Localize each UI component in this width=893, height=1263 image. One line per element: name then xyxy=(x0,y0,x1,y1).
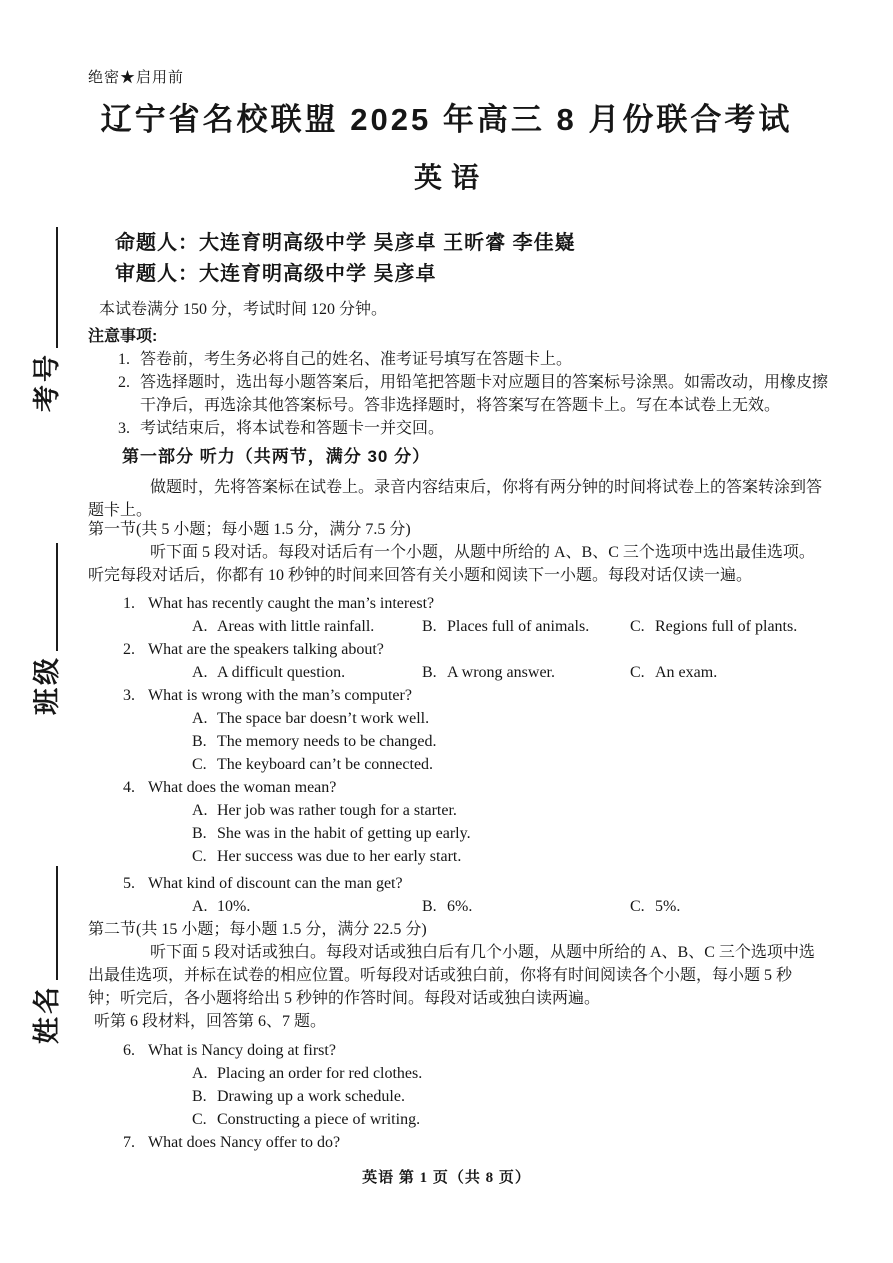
page-footer: 英语 第 1 页（共 8 页） xyxy=(0,1166,893,1187)
question-number: 3. xyxy=(123,684,135,707)
question-text: What has recently caught the man’s inter… xyxy=(148,595,434,612)
section2-instructions: 听下面 5 段对话或独白。每段对话或独白后有几个小题，从题中所给的 A、B、C … xyxy=(88,941,856,1010)
question: 2.What are the speakers talking about?A.… xyxy=(88,638,856,684)
option-label: B. xyxy=(422,615,447,638)
option-text: She was in the habit of getting up early… xyxy=(217,825,471,842)
question-number: 7. xyxy=(123,1131,135,1154)
exam-number-blank-line xyxy=(56,227,58,348)
question-number: 6. xyxy=(123,1039,135,1062)
option-label: A. xyxy=(192,615,217,638)
option-label: B. xyxy=(422,661,447,684)
notice-list: 1.答卷前，考生务必将自己的姓名、准考证号填写在答题卡上。2.答选择题时，选出每… xyxy=(88,348,856,440)
section1-instructions: 听下面 5 段对话。每段对话后有一个小题，从题中所给的 A、B、C 三个选项中选… xyxy=(88,541,856,587)
question-text: What is wrong with the man’s computer? xyxy=(148,687,412,704)
section1-question-list: 1.What has recently caught the man’s int… xyxy=(88,592,856,918)
question: 7.What does Nancy offer to do? xyxy=(88,1131,856,1154)
part1-intro-line: 做题时，先将答案标在试卷上。录音内容结束后，你将有两分钟的时间将试卷上的答案转涂… xyxy=(88,476,856,499)
option: B.The memory needs to be changed. xyxy=(148,730,856,753)
option-text: Her job was rather tough for a starter. xyxy=(217,802,457,819)
question: 3.What is wrong with the man’s computer?… xyxy=(88,684,856,776)
option: C.The keyboard can’t be connected. xyxy=(148,753,856,776)
question-text: What does Nancy offer to do? xyxy=(148,1134,340,1151)
option-label: C. xyxy=(192,753,217,776)
option: B.A wrong answer. xyxy=(422,661,555,684)
question: 5.What kind of discount can the man get?… xyxy=(88,872,856,918)
question: 4.What does the woman mean?A.Her job was… xyxy=(88,776,856,868)
option-text: Areas with little rainfall. xyxy=(217,618,374,635)
part1-heading: 第一部分 听力（共两节，满分 30 分） xyxy=(88,445,856,469)
name-blank-line xyxy=(56,866,58,980)
option-label: C. xyxy=(192,845,217,868)
option: B.Drawing up a work schedule. xyxy=(148,1085,856,1108)
option: A.Placing an order for red clothes. xyxy=(148,1062,856,1085)
option-text: Drawing up a work schedule. xyxy=(217,1088,405,1105)
question: 6.What is Nancy doing at first?A.Placing… xyxy=(88,1039,856,1131)
option-text: Places full of animals. xyxy=(447,618,589,635)
paper-body: 本试卷满分 150 分，考试时间 120 分钟。 注意事项: 1.答卷前，考生务… xyxy=(88,298,856,1154)
exam-number-label: 考号 xyxy=(33,352,61,412)
exam-paper-page: 考号 班级 姓名 绝密★启用前 辽宁省名校联盟 2025 年高三 8 月份联合考… xyxy=(0,0,893,1263)
name-label: 姓名 xyxy=(33,984,61,1044)
notice-item: 2.答选择题时，选出每小题答案后，用铅笔把答题卡对应题目的答案标号涂黑。如需改动… xyxy=(88,371,856,417)
notice-item-line: 考试结束后，将本试卷和答题卡一并交回。 xyxy=(140,417,856,440)
section2-instructions-line: 出最佳选项，并标在试卷的相应位置。听每段对话或独白前，你将有时间阅读各个小题，每… xyxy=(88,964,856,987)
option-text: 6%. xyxy=(447,898,472,915)
notice-item: 3.考试结束后，将本试卷和答题卡一并交回。 xyxy=(88,417,856,440)
option-text: 5%. xyxy=(655,898,680,915)
section1-instructions-line: 听完每段对话后，你都有 10 秒钟的时间来回答有关小题和阅读下一小题。每段对话仅… xyxy=(88,564,856,587)
notice-item-number: 2. xyxy=(118,371,130,394)
section1-heading: 第一节(共 5 小题；每小题 1.5 分，满分 7.5 分) xyxy=(88,518,856,541)
option: B.6%. xyxy=(422,895,472,918)
option-label: C. xyxy=(630,615,655,638)
option: C.5%. xyxy=(630,895,680,918)
class-blank-line xyxy=(56,543,58,651)
section1-instructions-line: 听下面 5 段对话。每段对话后有一个小题，从题中所给的 A、B、C 三个选项中选… xyxy=(88,541,856,564)
option-text: The memory needs to be changed. xyxy=(217,733,436,750)
notice-item-line: 答选择题时，选出每小题答案后，用铅笔把答题卡对应题目的答案标号涂黑。如需改动，用… xyxy=(140,371,856,394)
option: C.Constructing a piece of writing. xyxy=(148,1108,856,1131)
option-row: A.A difficult question.B.A wrong answer.… xyxy=(148,661,856,684)
question-text: What is Nancy doing at first? xyxy=(148,1042,336,1059)
option-text: Placing an order for red clothes. xyxy=(217,1065,422,1082)
question-text: What kind of discount can the man get? xyxy=(148,875,403,892)
question: 1.What has recently caught the man’s int… xyxy=(88,592,856,638)
notice-item-number: 1. xyxy=(118,348,130,371)
material-note: 听第 6 段材料，回答第 6、7 题。 xyxy=(88,1010,856,1033)
question-number: 1. xyxy=(123,592,135,615)
option: B.Places full of animals. xyxy=(422,615,589,638)
question-number: 5. xyxy=(123,872,135,895)
option-label: B. xyxy=(192,822,217,845)
option-row: A.10%.B.6%.C.5%. xyxy=(148,895,856,918)
option-label: A. xyxy=(192,707,217,730)
option-label: C. xyxy=(192,1108,217,1131)
option-label: A. xyxy=(192,799,217,822)
subject-title: 英语 xyxy=(0,156,893,196)
option: C.Regions full of plants. xyxy=(630,615,797,638)
option-text: Regions full of plants. xyxy=(655,618,797,635)
reviewer-line: 审题人：大连育明高级中学 吴彦卓 xyxy=(115,257,437,286)
option-text: Constructing a piece of writing. xyxy=(217,1111,420,1128)
margin-field-name: 姓名 xyxy=(31,857,61,1044)
option-label: A. xyxy=(192,895,217,918)
class-label: 班级 xyxy=(33,655,61,715)
option-label: C. xyxy=(630,895,655,918)
option-label: A. xyxy=(192,1062,217,1085)
option-label: A. xyxy=(192,661,217,684)
option: C.An exam. xyxy=(630,661,717,684)
exam-title: 辽宁省名校联盟 2025 年高三 8 月份联合考试 xyxy=(0,94,893,139)
question-text: What does the woman mean? xyxy=(148,779,336,796)
section2-heading: 第二节(共 15 小题；每小题 1.5 分，满分 22.5 分) xyxy=(88,918,856,941)
option-text: The space bar doesn’t work well. xyxy=(217,710,429,727)
option-text: The keyboard can’t be connected. xyxy=(217,756,433,773)
option-text: Her success was due to her early start. xyxy=(217,848,461,865)
notice-item-number: 3. xyxy=(118,417,130,440)
option: A.A difficult question. xyxy=(192,661,345,684)
option: A.10%. xyxy=(192,895,250,918)
option: A.Areas with little rainfall. xyxy=(192,615,374,638)
option: C.Her success was due to her early start… xyxy=(148,845,856,868)
question-number: 4. xyxy=(123,776,135,799)
option-text: A difficult question. xyxy=(217,664,345,681)
option: A.Her job was rather tough for a starter… xyxy=(148,799,856,822)
option-text: A wrong answer. xyxy=(447,664,555,681)
margin-field-class: 班级 xyxy=(31,535,61,715)
notice-heading: 注意事项: xyxy=(88,325,856,348)
option-label: B. xyxy=(192,1085,217,1108)
notice-item-line: 干净后，再选涂其他答案标号。答非选择题时，将答案写在答题卡上。写在本试卷上无效。 xyxy=(140,394,856,417)
option: A.The space bar doesn’t work well. xyxy=(148,707,856,730)
notice-item: 1.答卷前，考生务必将自己的姓名、准考证号填写在答题卡上。 xyxy=(88,348,856,371)
margin-field-exam-number: 考号 xyxy=(31,225,61,412)
section2-instructions-line: 钟；听完后，各小题将给出 5 秒钟的作答时间。每段对话或独白读两遍。 xyxy=(88,987,856,1010)
option-label: C. xyxy=(630,661,655,684)
section2-instructions-line: 听下面 5 段对话或独白。每段对话或独白后有几个小题，从题中所给的 A、B、C … xyxy=(88,941,856,964)
question-text: What are the speakers talking about? xyxy=(148,641,384,658)
notice-item-line: 答卷前，考生务必将自己的姓名、准考证号填写在答题卡上。 xyxy=(140,348,856,371)
option-label: B. xyxy=(422,895,447,918)
option-text: 10%. xyxy=(217,898,250,915)
option-text: An exam. xyxy=(655,664,717,681)
proposer-line: 命题人：大连育明高级中学 吴彦卓 王昕睿 李佳嶷 xyxy=(115,226,576,255)
option-label: B. xyxy=(192,730,217,753)
option-row: A.Areas with little rainfall.B.Places fu… xyxy=(148,615,856,638)
part1-intro: 做题时，先将答案标在试卷上。录音内容结束后，你将有两分钟的时间将试卷上的答案转涂… xyxy=(88,476,856,522)
question-number: 2. xyxy=(123,638,135,661)
section2-question-list: 6.What is Nancy doing at first?A.Placing… xyxy=(88,1039,856,1154)
security-classification-label: 绝密★启用前 xyxy=(88,66,184,87)
exam-info: 本试卷满分 150 分，考试时间 120 分钟。 xyxy=(88,298,856,321)
option: B.She was in the habit of getting up ear… xyxy=(148,822,856,845)
